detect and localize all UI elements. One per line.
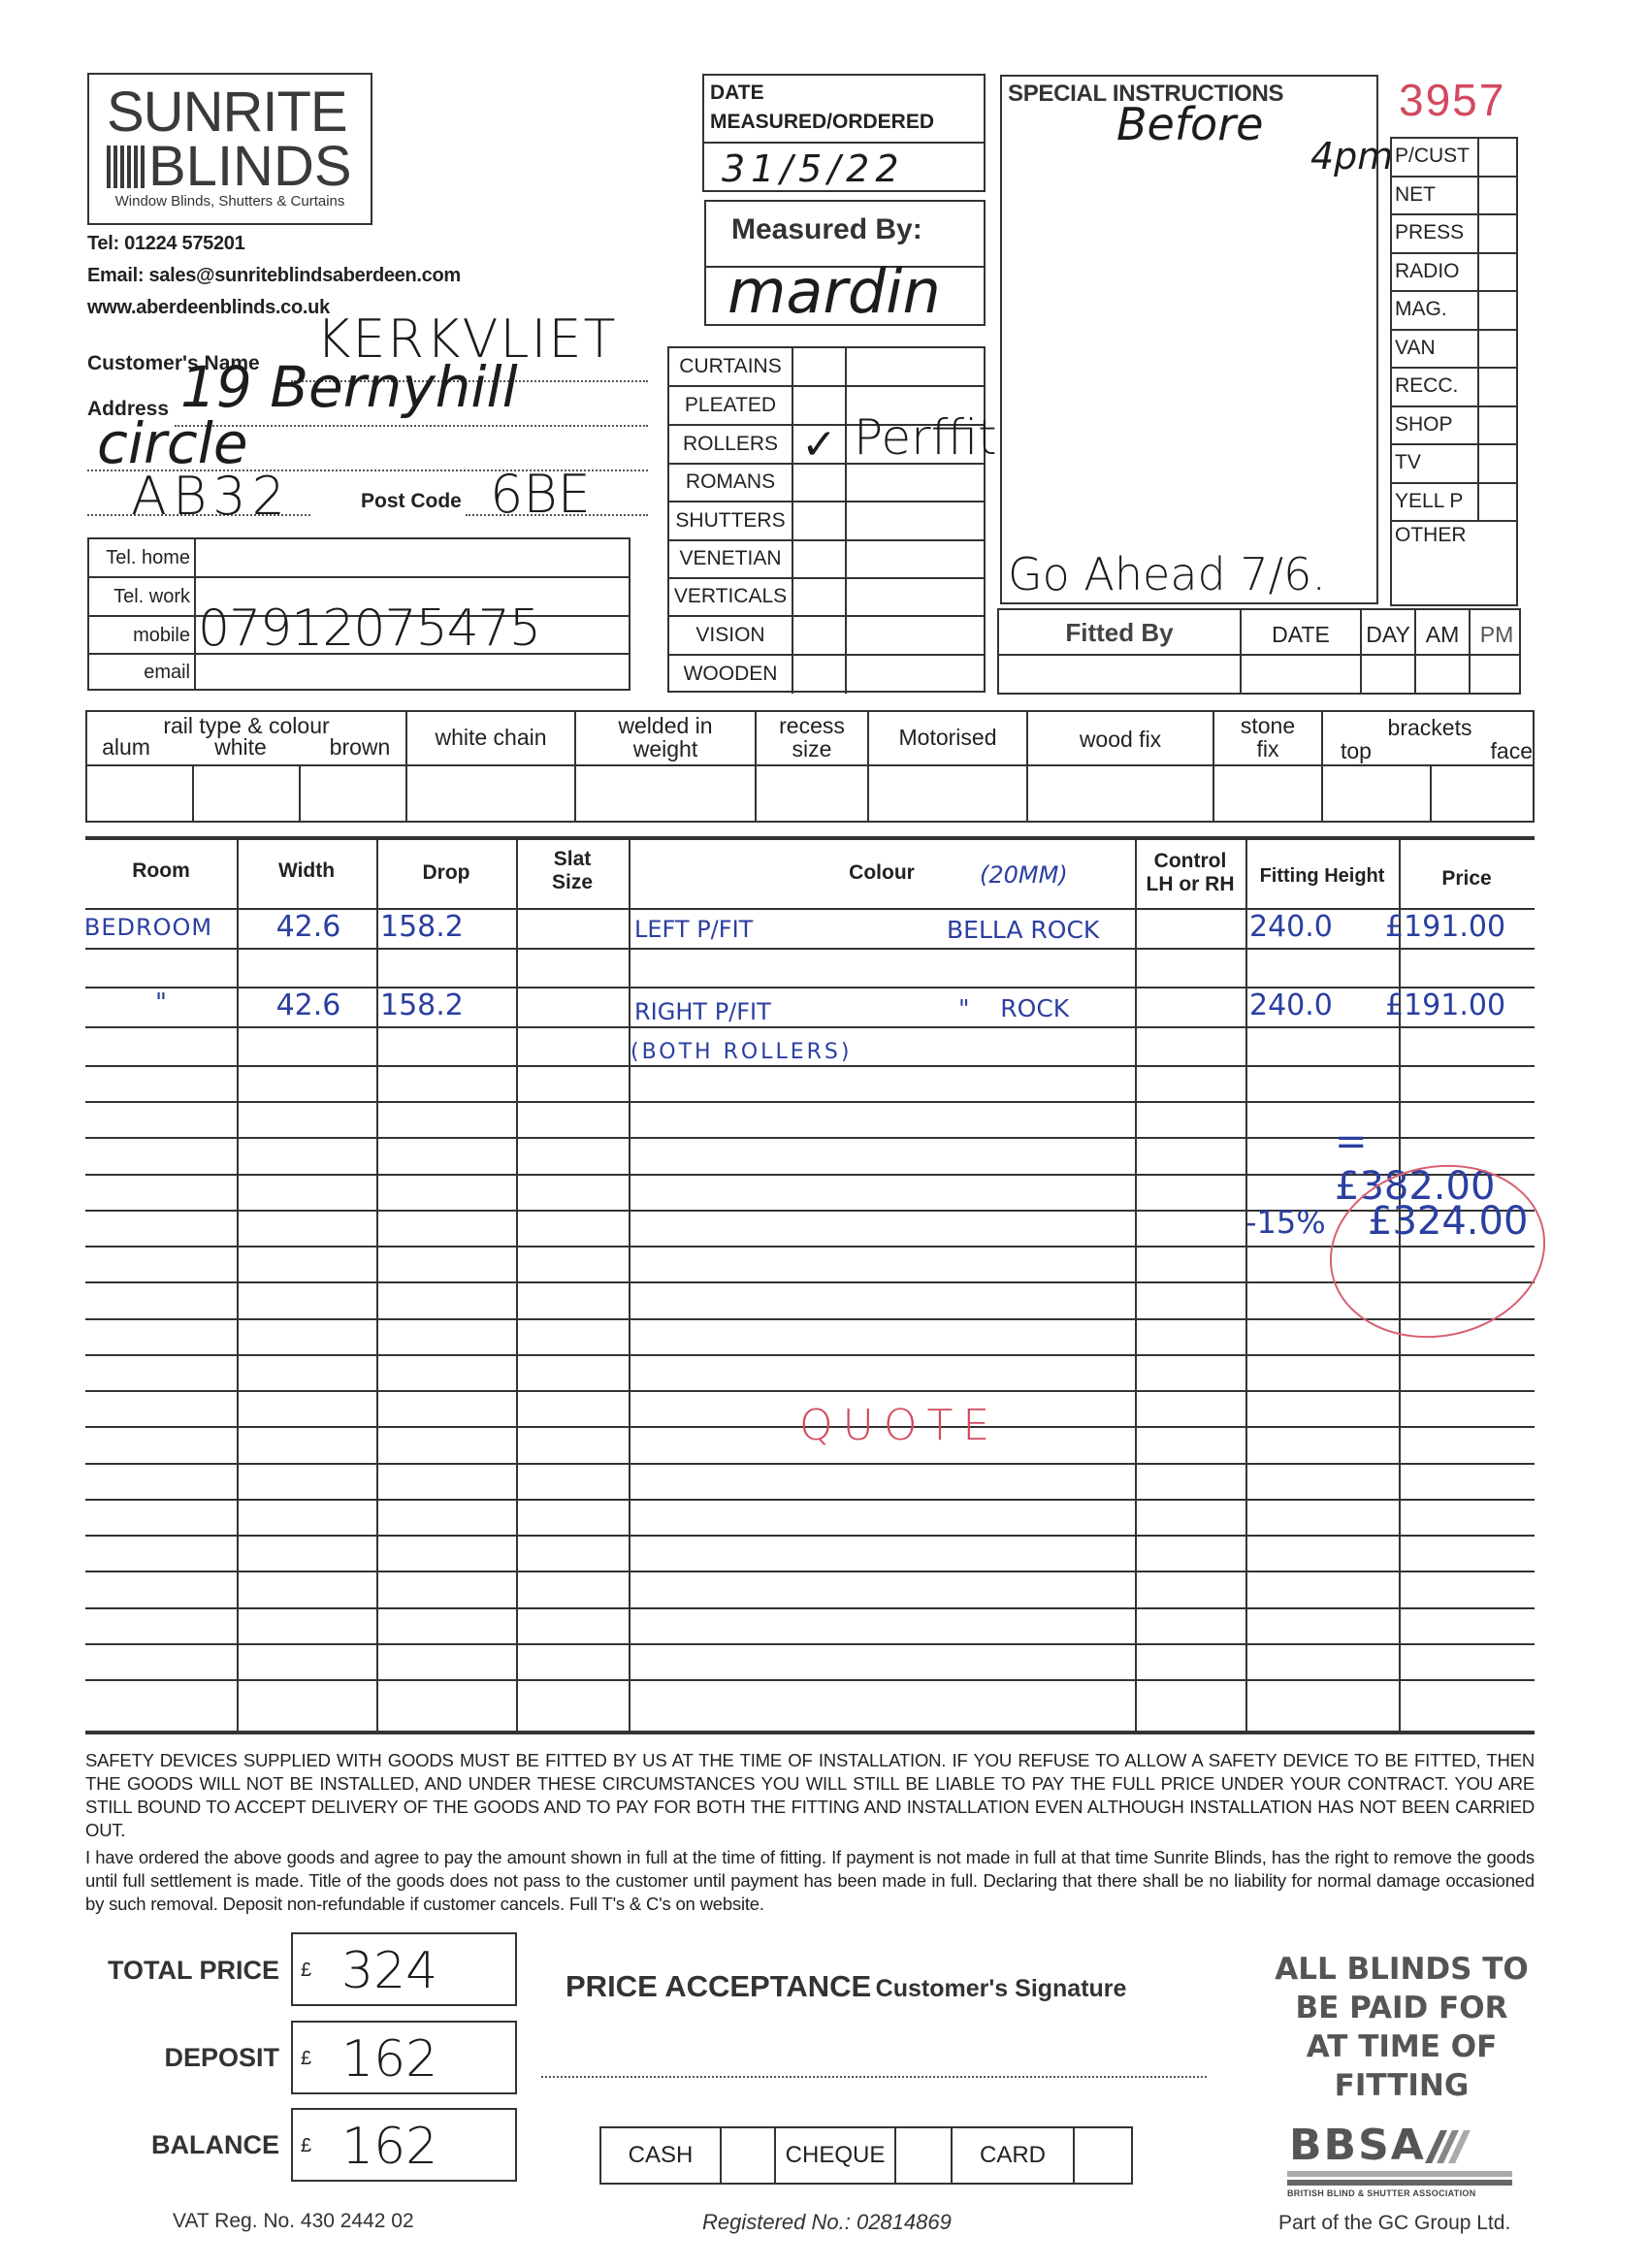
blinds-bars-icon [107,146,145,188]
total-price-value[interactable]: 324 [341,1942,437,2000]
rail-options-table: rail type & colour alum white brown whit… [85,710,1535,823]
fitted-by-field[interactable] [999,656,1240,693]
brackets-label: brackets [1323,716,1536,739]
colour-note: (20MM) [980,861,1068,889]
product-checkbox[interactable] [793,540,847,577]
address-line2[interactable]: circle [97,413,248,473]
payment-cheque-checkbox[interactable] [896,2128,953,2183]
currency-symbol: £ [301,2048,311,2070]
welded-weight-label-2: weight [576,737,755,761]
wood-fix-label: wood fix [1028,728,1212,751]
motorised-field[interactable] [869,766,1026,821]
payment-methods: CASH CHEQUE CARD [599,2126,1133,2185]
currency-symbol: £ [301,1960,311,1982]
row-note-both-rollers: (BOTH ROLLERS) [630,1040,852,1064]
col-width: Width [237,859,376,882]
col-slat-1: Slat [516,848,629,870]
price-acceptance-heading: PRICE ACCEPTANCE Customer's Signature [566,1969,1126,2004]
company-logo: SUNRITE BLINDS Window Blinds, Shutters &… [87,73,372,225]
discount-label: -15% [1245,1204,1326,1241]
balance-box[interactable]: £ 162 [291,2108,517,2182]
col-control-1: Control [1135,850,1245,872]
row-price[interactable]: £191.00 [1385,910,1505,944]
fitted-day-label: DAY [1362,622,1414,648]
tel-home-label: Tel. home [93,547,190,569]
measured-by-label: Measured By: [731,213,922,246]
source-row: PRESS [1392,215,1516,254]
stone-fix-label-2: fix [1214,737,1321,761]
source-row: SHOP [1392,407,1516,446]
stone-fix-field[interactable] [1214,766,1321,821]
logo-name-line2: BLINDS [107,137,352,197]
col-slat-2: Size [516,871,629,893]
balance-value[interactable]: 162 [341,2118,437,2176]
table-row: " 42.6 158.2 RIGHT P/FIT " ROCK 240.0 £1… [85,988,1535,1026]
col-control-2: LH or RH [1135,873,1245,895]
source-row: RADIO [1392,254,1516,293]
date-measured-box: DATE MEASURED/ORDERED 31/5/22 [702,74,986,192]
currency-symbol: £ [301,2135,311,2157]
row-colour-right[interactable]: BELLA ROCK [947,916,1099,944]
source-checkbox[interactable] [1477,407,1520,444]
product-type-table: CURTAINS PLEATED ROLLERS✓ ROMANS SHUTTER… [667,346,986,693]
safety-disclaimer: SAFETY DEVICES SUPPLIED WITH GOODS MUST … [85,1749,1535,1842]
recess-size-label-2: size [757,737,867,761]
bbsa-stripes-icon [1433,2130,1463,2163]
brackets-top-field[interactable] [1323,766,1430,821]
product-checkbox[interactable] [793,655,847,694]
price-acceptance-title: PRICE ACCEPTANCE [566,1969,871,2003]
special-instructions-box: SPECIAL INSTRUCTIONS Before 4pm Go Ahead… [1000,75,1378,604]
col-drop: Drop [376,861,516,884]
row-room[interactable]: " [85,988,237,1018]
stone-fix-label-1: stone [1214,714,1321,737]
payment-cheque-label: CHEQUE [776,2128,896,2183]
col-room: Room [85,859,237,882]
source-checkbox[interactable] [1477,139,1520,176]
date-measured-value[interactable]: 31/5/22 [722,147,905,190]
source-checkbox[interactable] [1477,254,1520,291]
product-checkbox[interactable] [793,464,847,501]
product-row-verticals: VERTICALS [669,578,984,617]
postcode-label: Post Code [361,490,462,513]
row-fitting-height[interactable]: 240.0 [1249,988,1333,1022]
fitted-pm-label: PM [1471,622,1523,648]
total-price-box[interactable]: £ 324 [291,1932,517,2006]
products-note[interactable]: Perffit [854,411,997,464]
source-row: TV [1392,445,1516,484]
tel-work-label: Tel. work [93,586,190,608]
rail-white-label: white [202,735,279,759]
welded-weight-label-1: welded in [576,714,755,737]
product-checkbox[interactable] [793,348,847,385]
product-row-wooden: WOODEN [669,655,984,694]
source-row: VAN [1392,331,1516,370]
white-chain-label: white chain [407,726,574,749]
deposit-label: DEPOSIT [85,2043,279,2073]
source-checkbox[interactable] [1477,215,1520,252]
source-list: P/CUST NET PRESS RADIO MAG. VAN RECC. SH… [1390,137,1518,606]
brackets-face-label: face [1445,739,1533,762]
fitted-date-label: DATE [1242,622,1360,648]
fitted-am-label: AM [1416,622,1469,648]
registered-number: Registered No.: 02814869 [702,2210,952,2235]
row-width[interactable]: 42.6 [241,910,376,944]
fitted-am-field[interactable] [1416,656,1469,693]
fitted-pm-field[interactable] [1471,656,1523,693]
special-note-before[interactable]: Before [1116,98,1263,150]
payment-card-label: CARD [953,2128,1075,2183]
date-label: DATE [710,81,764,105]
payment-card-checkbox[interactable] [1075,2128,1131,2183]
row-drop[interactable]: 158.2 [380,988,516,1022]
source-checkbox[interactable] [1477,331,1520,368]
fitted-by-label: Fitted By [999,618,1240,648]
rail-brown-field[interactable] [301,766,405,821]
logo-tagline: Window Blinds, Shutters & Curtains [89,193,371,210]
deposit-value[interactable]: 162 [341,2030,437,2089]
total-price-label: TOTAL PRICE [85,1956,279,1986]
source-row: RECC. [1392,369,1516,407]
order-lines-table: Room Width Drop Slat Size Colour Control… [85,836,1535,1734]
product-row-venetian: VENETIAN [669,540,984,579]
payment-notice: ALL BLINDS TO BE PAID FOR AT TIME OF FIT… [1251,1950,1552,2105]
source-row: NET [1392,178,1516,216]
rail-alum-field[interactable] [87,766,192,821]
company-website: www.aberdeenblinds.co.uk [87,297,330,319]
address-line1[interactable]: 19 Bernyhill [180,357,518,417]
payment-agreement: I have ordered the above goods and agree… [85,1846,1535,1916]
contact-table: Tel. home Tel. work mobile 07912075475 e… [87,537,630,691]
product-row-vision: VISION [669,617,984,656]
company-tel: Tel: 01224 575201 [87,233,244,255]
logo-blinds-text: BLINDS [148,137,352,197]
product-checkbox[interactable] [793,502,847,539]
source-checkbox[interactable] [1477,178,1520,214]
fitted-by-table: Fitted By DATE DAY AM PM [997,608,1521,695]
measured-by-value[interactable]: mardin [727,260,941,324]
rail-alum-label: alum [97,735,155,759]
source-row: P/CUST [1392,139,1516,178]
order-number: 3957 [1399,74,1505,126]
row-colour-right[interactable]: " ROCK [958,994,1069,1022]
company-email: Email: sales@sunriteblindsaberdeen.com [87,265,461,287]
payment-cash-label: CASH [601,2128,722,2183]
balance-label: BALANCE [85,2130,279,2160]
col-price: Price [1399,867,1535,890]
motorised-label: Motorised [869,726,1026,749]
white-chain-field[interactable] [407,766,574,821]
rail-brown-label: brown [316,735,404,759]
signature-line[interactable] [541,2076,1207,2078]
wood-fix-field[interactable] [1028,766,1212,821]
bbsa-logo-text: BBSA [1289,2124,1426,2167]
postcode-value[interactable]: 6BE [490,464,591,525]
source-checkbox[interactable] [1477,292,1520,329]
table-row: BEDROOM 42.6 158.2 LEFT P/FIT BELLA ROCK… [85,910,1535,948]
product-checkbox[interactable] [793,617,847,654]
recess-size-field[interactable] [757,766,867,821]
measured-by-box: Measured By: mardin [704,200,986,326]
product-checkbox[interactable] [793,578,847,615]
product-checkbox[interactable] [793,387,847,424]
row-colour-left[interactable]: RIGHT P/FIT [634,998,771,1025]
row-price[interactable]: £191.00 [1385,988,1505,1022]
fitted-date-field[interactable] [1242,656,1360,693]
source-checkbox[interactable] [1477,445,1520,482]
source-checkbox[interactable] [1477,484,1520,521]
logo-name-line1: SUNRITE [107,82,347,143]
address-line3[interactable]: AB32 [131,466,291,527]
special-note-go-ahead[interactable]: Go Ahead 7/6. [1008,548,1326,600]
email-label: email [93,662,190,684]
row-width[interactable]: 42.6 [241,988,376,1022]
source-row: MAG. [1392,292,1516,331]
col-fitting-height: Fitting Height [1245,865,1399,888]
customer-signature-label: Customer's Signature [876,1975,1127,2002]
email-field[interactable] [196,655,629,691]
quote-stamp: QUOTE [799,1401,999,1450]
product-row-shutters: SHUTTERS [669,502,984,541]
row-room[interactable]: BEDROOM [66,914,231,941]
mobile-field[interactable]: 07912075475 [198,599,540,658]
source-row: YELL P [1392,484,1516,523]
payment-cash-checkbox[interactable] [722,2128,776,2183]
source-row-other[interactable]: OTHER [1392,522,1516,606]
group-note: Part of the GC Group Ltd. [1278,2212,1510,2235]
row-colour-left[interactable]: LEFT P/FIT [634,916,753,943]
bbsa-logo: BBSA BRITISH BLIND & SHUTTER ASSOCIATION [1285,2124,1518,2207]
rail-white-field[interactable] [194,766,299,821]
row-drop[interactable]: 158.2 [380,910,516,944]
mobile-label: mobile [93,625,190,647]
vat-number: VAT Reg. No. 430 2442 02 [173,2210,414,2233]
brackets-top-label: top [1327,739,1385,762]
fitted-day-field[interactable] [1362,656,1414,693]
tel-home-field[interactable] [196,539,629,576]
source-checkbox[interactable] [1477,369,1520,405]
special-note-time[interactable]: 4pm [1310,135,1393,178]
terms-disclaimer: SAFETY DEVICES SUPPLIED WITH GOODS MUST … [85,1749,1535,1920]
product-checkbox-checked[interactable]: ✓ [793,426,847,463]
bbsa-subtitle: BRITISH BLIND & SHUTTER ASSOCIATION [1287,2188,1520,2198]
row-fitting-height[interactable]: 240.0 [1249,910,1333,944]
recess-size-label-1: recess [757,714,867,737]
product-row-curtains: CURTAINS [669,348,984,387]
deposit-box[interactable]: £ 162 [291,2021,517,2094]
brackets-face-field[interactable] [1432,766,1536,821]
measured-ordered-label: MEASURED/ORDERED [710,111,934,134]
product-row-romans: ROMANS [669,464,984,502]
welded-weight-field[interactable] [576,766,755,821]
